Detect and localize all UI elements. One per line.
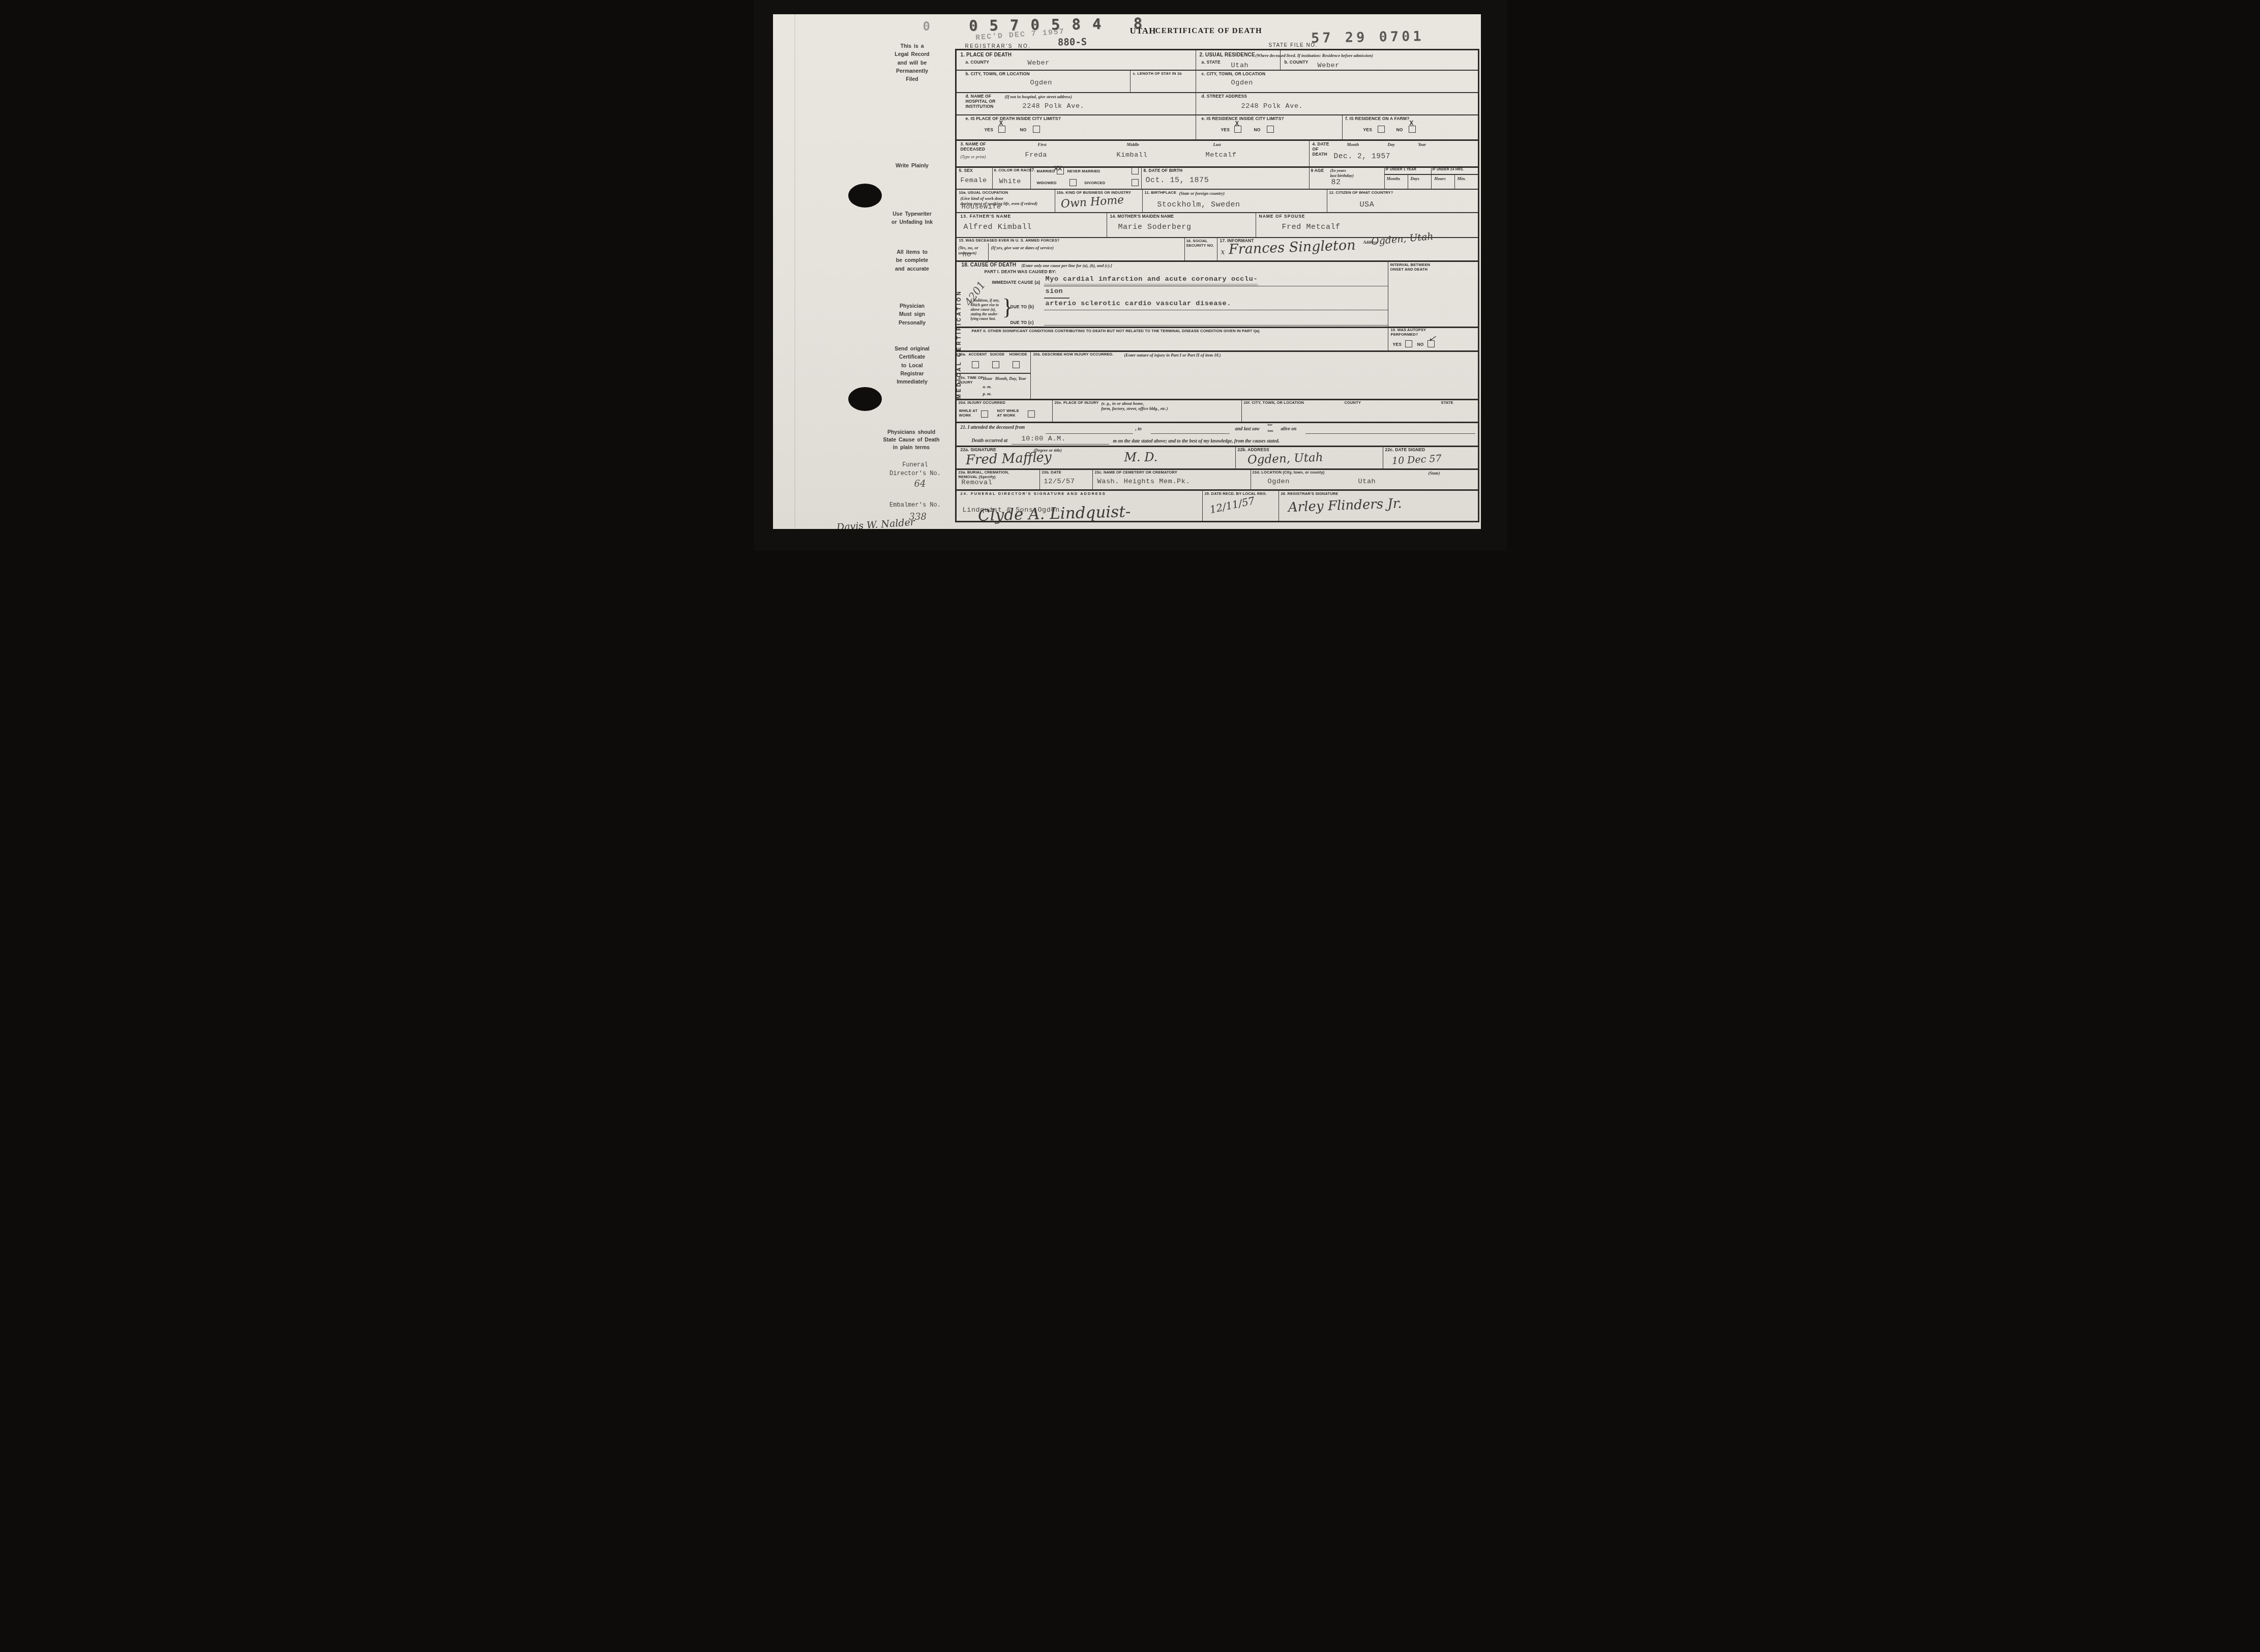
form-rule-line bbox=[1408, 174, 1409, 189]
occupation-value: Housewife bbox=[962, 204, 1001, 212]
section1e-label: e. IS PLACE OF DEATH INSIDE CITY LIMITS? bbox=[966, 116, 1061, 122]
funeral-directors-no-value: 64 bbox=[914, 480, 926, 489]
section24-label: 24. FUNERAL DIRECTOR'S SIGNATURE AND ADD… bbox=[961, 492, 1106, 496]
race-value: White bbox=[999, 179, 1022, 186]
burial-state-value: Utah bbox=[1358, 479, 1376, 486]
married-mark: XX bbox=[1054, 165, 1062, 172]
section2f-label: f. IS RESIDENCE ON A FARM? bbox=[1346, 116, 1410, 122]
divorced-checkbox bbox=[1132, 179, 1139, 186]
paper-crease bbox=[794, 14, 795, 529]
form-rule-line bbox=[1384, 174, 1478, 175]
section7-label: 7. bbox=[1032, 168, 1035, 173]
accident-checkbox bbox=[972, 361, 979, 368]
if-under-1-year-label: IF UNDER 1 YEAR bbox=[1386, 168, 1417, 172]
section9-note: (In years last birthday) bbox=[1330, 168, 1354, 178]
form-rule-line bbox=[1235, 446, 1236, 468]
form-rule-line bbox=[1431, 166, 1432, 189]
section2e-yes-mark: X bbox=[1235, 121, 1239, 127]
months-col-label: Months bbox=[1387, 176, 1401, 181]
form-rule-line bbox=[1142, 189, 1143, 212]
form-rule-line bbox=[1251, 468, 1252, 489]
section3-label: 3. NAME OF DECEASED bbox=[961, 142, 986, 152]
section5-label: 5. SEX bbox=[959, 168, 973, 173]
am-label: a. m. bbox=[983, 384, 992, 389]
form-rule-line bbox=[1388, 260, 1389, 350]
never-married-label: NEVER MARRIED bbox=[1067, 169, 1101, 174]
deceased-middle-name: Kimball bbox=[1117, 152, 1148, 160]
divorced-label: DIVORCED bbox=[1085, 181, 1106, 186]
form-rule-line bbox=[1305, 433, 1475, 434]
form-rule-line bbox=[1044, 286, 1388, 286]
cemetery-value: Wash. Heights Mem.Pk. bbox=[1097, 479, 1191, 486]
title-utah: UTAH bbox=[1130, 26, 1156, 36]
form-rule-line bbox=[1327, 189, 1328, 212]
form-rule-line bbox=[1278, 489, 1280, 521]
part2-label: PART II. OTHER SIGNIFICANT CONDITIONS CO… bbox=[972, 329, 1379, 334]
section1a-county-value: Weber bbox=[1028, 60, 1050, 68]
section4-col-day: Day bbox=[1388, 142, 1395, 147]
form-rule-line bbox=[957, 399, 1478, 400]
not-while-at-work-label: NOT WHILE AT WORK bbox=[997, 409, 1019, 418]
section23b-label: 23b. DATE bbox=[1042, 470, 1061, 475]
section2a-label: a. STATE bbox=[1202, 60, 1221, 65]
cause-a-line1: Myo cardial infarction and acute coronar… bbox=[1046, 276, 1258, 284]
age-value: 82 bbox=[1331, 179, 1341, 187]
form-rule-line bbox=[992, 166, 993, 189]
if-under-24-hrs-label: IF UNDER 24 HRS. bbox=[1433, 168, 1464, 172]
section20e-note: (e. g., in or about home, farm, factory,… bbox=[1102, 401, 1191, 411]
section2c-label: c. CITY, TOWN, OR LOCATION bbox=[1202, 72, 1266, 77]
section1a-label: a. COUNTY bbox=[966, 60, 990, 65]
attended-text-3: and last saw bbox=[1235, 427, 1260, 432]
section2b-label: b. COUNTY bbox=[1285, 60, 1309, 65]
form-rule-line bbox=[1202, 489, 1203, 521]
section2d-address-value: 2248 Polk Ave. bbox=[1241, 103, 1303, 111]
section25-label: 25. DATE RECD. BY LOCAL REG. bbox=[1205, 492, 1267, 496]
margin-note-write-plainly: Write Plainly bbox=[867, 162, 958, 170]
margin-note-plain-terms: Physicians should State Cause of Death i… bbox=[862, 429, 961, 452]
citizen-country-value: USA bbox=[1360, 201, 1375, 210]
suicide-checkbox bbox=[992, 361, 999, 368]
form-rule-line bbox=[988, 243, 989, 260]
interval-label: INTERVAL BETWEEN ONSET AND DEATH bbox=[1390, 263, 1431, 272]
section11-label: 11. BIRTHPLACE bbox=[1145, 191, 1177, 195]
form-rule-line bbox=[957, 189, 1478, 190]
section23c-label: 23c. NAME OF CEMETERY OR CREMATORY bbox=[1095, 470, 1177, 475]
funeral-directors-no-label: Funeral Director's No. bbox=[872, 461, 959, 478]
deceased-first-name: Freda bbox=[1025, 152, 1048, 160]
form-rule-line bbox=[1052, 399, 1053, 422]
while-at-work-checkbox bbox=[981, 410, 988, 418]
attended-text-4: alive on bbox=[1281, 427, 1297, 432]
physician-signature: Fred Maffley bbox=[965, 451, 1051, 467]
attended-text-2: , to bbox=[1136, 427, 1142, 432]
section22c-label: 22c. DATE SIGNED bbox=[1385, 448, 1425, 453]
section19-label: 19. WAS AUTOPSY PERFORMED? bbox=[1391, 328, 1452, 337]
section10b-label: 10b. KIND OF BUSINESS OR INDUSTRY bbox=[1057, 191, 1141, 195]
autopsy-yes-label: YES bbox=[1393, 342, 1402, 347]
section1b-city-value: Ogden bbox=[1030, 80, 1053, 87]
conditions-note: Conditions, if any, which gave rise to a… bbox=[971, 298, 1004, 321]
section1e-yes-mark: X bbox=[999, 120, 1003, 127]
form-rule-line bbox=[1141, 166, 1142, 189]
accident-label: ACCIDENT bbox=[969, 353, 987, 357]
form-rule-line bbox=[957, 212, 1478, 213]
margin-note-typewriter: Use Typewriter or Unfading Ink bbox=[867, 210, 958, 227]
section2f-yes-label: YES bbox=[1363, 128, 1372, 133]
section4-label: 4. DATE OF DEATH bbox=[1313, 142, 1329, 157]
form-rule-line bbox=[957, 260, 1478, 262]
cause-a-line2: sion bbox=[1046, 288, 1063, 296]
death-occurred-text: m on the date stated above; and to the b… bbox=[1113, 439, 1280, 445]
section1-title: 1. PLACE OF DEATH bbox=[961, 52, 1012, 58]
due-to-c-label: DUE TO (c) bbox=[1010, 320, 1034, 326]
section2c-city-value: Ogden bbox=[1231, 80, 1254, 87]
form-rule-line bbox=[1217, 237, 1218, 260]
hour-label: Hour bbox=[983, 376, 993, 381]
margin-note-send-original: Send original Certificate to Local Regis… bbox=[867, 345, 958, 386]
form-rule-line bbox=[957, 468, 1478, 470]
section2e-no-checkbox bbox=[1267, 126, 1274, 133]
section4-col-year: Year bbox=[1418, 142, 1426, 147]
physician-degree: M. D. bbox=[1124, 451, 1158, 463]
death-time-value: 10:00 A.M. bbox=[1022, 436, 1066, 444]
hole-punch bbox=[848, 387, 882, 411]
margin-note-complete-accurate: All items to be complete and accurate bbox=[867, 248, 958, 273]
section1d-label: d. NAME OF HOSPITAL OR INSTITUTION bbox=[966, 94, 996, 109]
pm-label: p. m. bbox=[983, 391, 992, 396]
form-rule-line bbox=[957, 70, 1478, 71]
section12-label: 12. CITIZEN OF WHAT COUNTRY? bbox=[1329, 191, 1393, 195]
section23d-label: 23d. LOCATION (City, town, or county) bbox=[1253, 470, 1325, 475]
spouse-label: NAME OF SPOUSE bbox=[1259, 214, 1305, 219]
due-to-b-label: DUE TO (b) bbox=[1010, 305, 1034, 310]
county-col-label: COUNTY bbox=[1345, 401, 1361, 405]
section13-label: 13. FATHER'S NAME bbox=[961, 214, 1012, 219]
informant-signature: Frances Singleton bbox=[1228, 239, 1355, 257]
section3-col-last: Last bbox=[1213, 142, 1221, 147]
cause-b-value: arterio sclerotic cardio vascular diseas… bbox=[1046, 301, 1231, 308]
section20b-note: (Enter nature of injury in Part I or Par… bbox=[1124, 352, 1221, 358]
section3-col-first: First bbox=[1038, 142, 1047, 147]
deceased-last-name: Metcalf bbox=[1206, 152, 1237, 160]
section1d-note: (If not in hospital, give street address… bbox=[1005, 94, 1072, 99]
section2e-no-label: NO bbox=[1254, 128, 1261, 133]
father-name-value: Alfred Kimball bbox=[964, 223, 1032, 232]
section26-label: 26. REGISTRAR'S SIGNATURE bbox=[1281, 492, 1339, 496]
stamp-prefix-digit: 0 bbox=[923, 20, 930, 33]
birthplace-value: Stockholm, Sweden bbox=[1157, 201, 1240, 210]
section20b-label: 20b. DESCRIBE HOW INJURY OCCURRED. bbox=[1033, 352, 1114, 357]
form-rule-line bbox=[1044, 310, 1388, 310]
section20a-label: 20a. bbox=[959, 352, 966, 357]
widowed-checkbox bbox=[1069, 179, 1077, 186]
never-married-checkbox bbox=[1132, 167, 1139, 174]
section18-title: 18. CAUSE OF DEATH bbox=[962, 262, 1017, 269]
section2e-yes-label: YES bbox=[1221, 128, 1230, 133]
form-rule-line bbox=[957, 92, 1478, 93]
section10a-label: 10a. USUAL OCCUPATION bbox=[959, 191, 1008, 195]
suicide-label: SUICIDE bbox=[990, 353, 1005, 357]
attended-text-1: 21. I attended the deceased from bbox=[961, 425, 1025, 431]
form-rule-line bbox=[1196, 50, 1197, 139]
section23a-label: 23a. BURIAL, CREMATION, REMOVAL (Specify… bbox=[959, 470, 1009, 479]
days-col-label: Days bbox=[1411, 176, 1419, 181]
corner-handwritten-signature: Davis W. Nalder bbox=[836, 518, 915, 529]
informant-mark: x bbox=[1221, 249, 1225, 256]
section20f-label: 20f. CITY, TOWN, OR LOCATION bbox=[1244, 401, 1304, 405]
not-while-at-work-checkbox bbox=[1028, 410, 1035, 418]
form-rule-line bbox=[1342, 114, 1343, 139]
form-rule-line bbox=[1055, 189, 1056, 212]
section2f-no-label: NO bbox=[1396, 128, 1403, 133]
section1e-no-checkbox bbox=[1033, 126, 1040, 133]
form-rule-line bbox=[1384, 166, 1385, 189]
funeral-director-signature: Clyde A. Lindquist- bbox=[977, 504, 1131, 524]
date-signed-value: 10 Dec 57 bbox=[1391, 454, 1441, 466]
section18-note: [Enter only one cause per line for (a), … bbox=[1022, 263, 1112, 268]
section2f-no-mark: X bbox=[1410, 120, 1414, 127]
date-received-value: 12/11/57 bbox=[1208, 495, 1255, 515]
section20d-label: 20d. INJURY OCCURRED bbox=[959, 401, 1006, 405]
section4-col-month: Month bbox=[1347, 142, 1359, 147]
autopsy-yes-checkbox bbox=[1405, 340, 1412, 347]
form-rule-line bbox=[957, 422, 1478, 423]
form-rule-line bbox=[957, 489, 1478, 491]
embalmers-no-label: Embalmer's No. bbox=[872, 501, 959, 509]
spouse-name-value: Fred Metcalf bbox=[1282, 223, 1341, 232]
homicide-label: HOMICIDE bbox=[1009, 353, 1027, 357]
section2d-label: d. STREET ADDRESS bbox=[1202, 94, 1247, 99]
section1c-label: c. LENGTH OF STAY IN 1b bbox=[1133, 72, 1182, 76]
month-day-year-label: Month, Day, Year bbox=[995, 376, 1026, 381]
him-word: him bbox=[1268, 429, 1273, 433]
section15-label: 15. WAS DECEASED EVER IN U. S. ARMED FOR… bbox=[959, 239, 1060, 243]
death-occurred-label: Death occurred at bbox=[972, 438, 1008, 444]
scanned-death-certificate: 0 0570584 8 REC'D DEC 7 1957 REGISTRAR'S… bbox=[754, 0, 1507, 551]
section8-label: 8. DATE OF BIRTH bbox=[1144, 168, 1183, 173]
section2-note: (Where deceased lived. If institution: R… bbox=[1256, 53, 1474, 58]
date-of-death-value: Dec. 2, 1957 bbox=[1334, 153, 1391, 161]
section16-label: 16. SOCIAL SECURITY NO. bbox=[1186, 239, 1215, 248]
form-rule-line bbox=[1030, 350, 1031, 399]
form-rule-line bbox=[1454, 174, 1455, 189]
margin-note-legal-record: This is a Legal Record and will be Perma… bbox=[867, 42, 958, 83]
section2b-county-value: Weber bbox=[1318, 63, 1340, 70]
certificate-paper: 0 0570584 8 REC'D DEC 7 1957 REGISTRAR'S… bbox=[773, 14, 1481, 529]
part1-label: PART I. DEATH WAS CAUSED BY: bbox=[985, 270, 1056, 275]
sex-value: Female bbox=[961, 178, 987, 185]
form-rule-line bbox=[1046, 433, 1133, 434]
section11-note: (State or foreign country) bbox=[1179, 191, 1225, 196]
section3-col-middle: Middle bbox=[1127, 142, 1140, 147]
form-rule-line bbox=[1151, 433, 1230, 434]
page-title: CERTIFICATE OF DEATH bbox=[1155, 27, 1263, 36]
burial-type-value: Removal bbox=[962, 480, 993, 487]
section2-title: 2. USUAL RESIDENCE bbox=[1200, 52, 1255, 58]
section15-note2: (If yes, give war or dates of service) bbox=[991, 245, 1073, 250]
hours-col-label: Hours bbox=[1435, 176, 1446, 181]
section2f-yes-checkbox bbox=[1378, 126, 1385, 133]
homicide-checkbox bbox=[1013, 361, 1020, 368]
margin-note-physician-sign: Physician Must sign Personally bbox=[867, 302, 958, 327]
section1e-no-label: NO bbox=[1020, 128, 1027, 133]
form-rule-line bbox=[1184, 237, 1185, 260]
section9-label: 9 AGE bbox=[1311, 168, 1324, 173]
section23d-state-note: (State) bbox=[1429, 470, 1440, 476]
while-at-work-label: WHILE AT WORK bbox=[959, 409, 978, 418]
form-rule-line bbox=[1383, 446, 1384, 468]
form-rule-line bbox=[1044, 325, 1388, 326]
section1e-yes-label: YES bbox=[985, 128, 993, 133]
widowed-label: WIDOWED bbox=[1037, 181, 1057, 186]
form-rule-line bbox=[957, 114, 1478, 115]
armed-forces-value: no bbox=[963, 252, 971, 259]
form-rule-line bbox=[1256, 212, 1257, 237]
form-rule-line bbox=[1012, 444, 1109, 445]
hole-punch bbox=[848, 184, 882, 208]
section3-note: (Type or print) bbox=[961, 154, 986, 159]
state-file-no-value: 57 29 0701 bbox=[1311, 29, 1424, 45]
state-file-no-label: STATE FILE NO. bbox=[1269, 43, 1318, 49]
section2a-state-value: Utah bbox=[1231, 63, 1249, 70]
registrar-no-value: 880-S bbox=[1057, 37, 1087, 48]
section1b-label: b. CITY, TOWN, OR LOCATION bbox=[966, 72, 1030, 77]
form-rule-line bbox=[1130, 70, 1131, 92]
section20e-label: 20e. PLACE OF INJURY bbox=[1055, 401, 1099, 405]
business-industry-value: Own Home bbox=[1060, 195, 1124, 211]
form-rule-line bbox=[957, 373, 1030, 374]
autopsy-no-label: NO bbox=[1417, 342, 1424, 347]
section22b-label: 22b. ADDRESS bbox=[1238, 448, 1269, 453]
form-rule-line bbox=[1092, 468, 1093, 489]
section1d-address-value: 2248 Polk Ave. bbox=[1023, 103, 1085, 111]
form-rule-line bbox=[1241, 399, 1242, 422]
section20c-label: 20c. TIME OF INJURY bbox=[959, 376, 984, 385]
date-of-birth-value: Oct. 15, 1875 bbox=[1146, 176, 1209, 185]
min-col-label: Min. bbox=[1458, 176, 1466, 181]
informant-address-value: Ogden, Utah bbox=[1371, 232, 1434, 247]
burial-date-value: 12/5/57 bbox=[1044, 479, 1075, 486]
section2e-label: e. IS RESIDENCE INSIDE CITY LIMITS? bbox=[1202, 116, 1284, 122]
section14-label: 14. MOTHER'S MAIDEN NAME bbox=[1110, 214, 1174, 219]
form-rule-line bbox=[1039, 468, 1040, 489]
immediate-cause-label: IMMEDIATE CAUSE (a) bbox=[992, 280, 1040, 285]
state-col-label: STATE bbox=[1441, 401, 1453, 405]
married-label: MARRIED bbox=[1037, 169, 1055, 174]
form-rule-line bbox=[1107, 212, 1108, 237]
physician-address-value: Ogden, Utah bbox=[1247, 452, 1323, 466]
her-word: her bbox=[1268, 423, 1273, 427]
burial-city-value: Ogden bbox=[1268, 479, 1290, 486]
form-rule-line bbox=[1044, 298, 1069, 299]
section6-label: 6. COLOR OR RACE bbox=[994, 168, 1032, 173]
certificate-form: MEDICAL CERTIFICATION 1. PLACE OF DEATH … bbox=[955, 49, 1479, 522]
mother-maiden-name-value: Marie Soderberg bbox=[1118, 223, 1192, 232]
form-rule-line bbox=[957, 139, 1478, 141]
registrar-signature: Arley Flinders Jr. bbox=[1288, 497, 1402, 514]
autopsy-no-mark: ✓ bbox=[1427, 334, 1436, 344]
form-rule-line bbox=[1309, 139, 1310, 189]
